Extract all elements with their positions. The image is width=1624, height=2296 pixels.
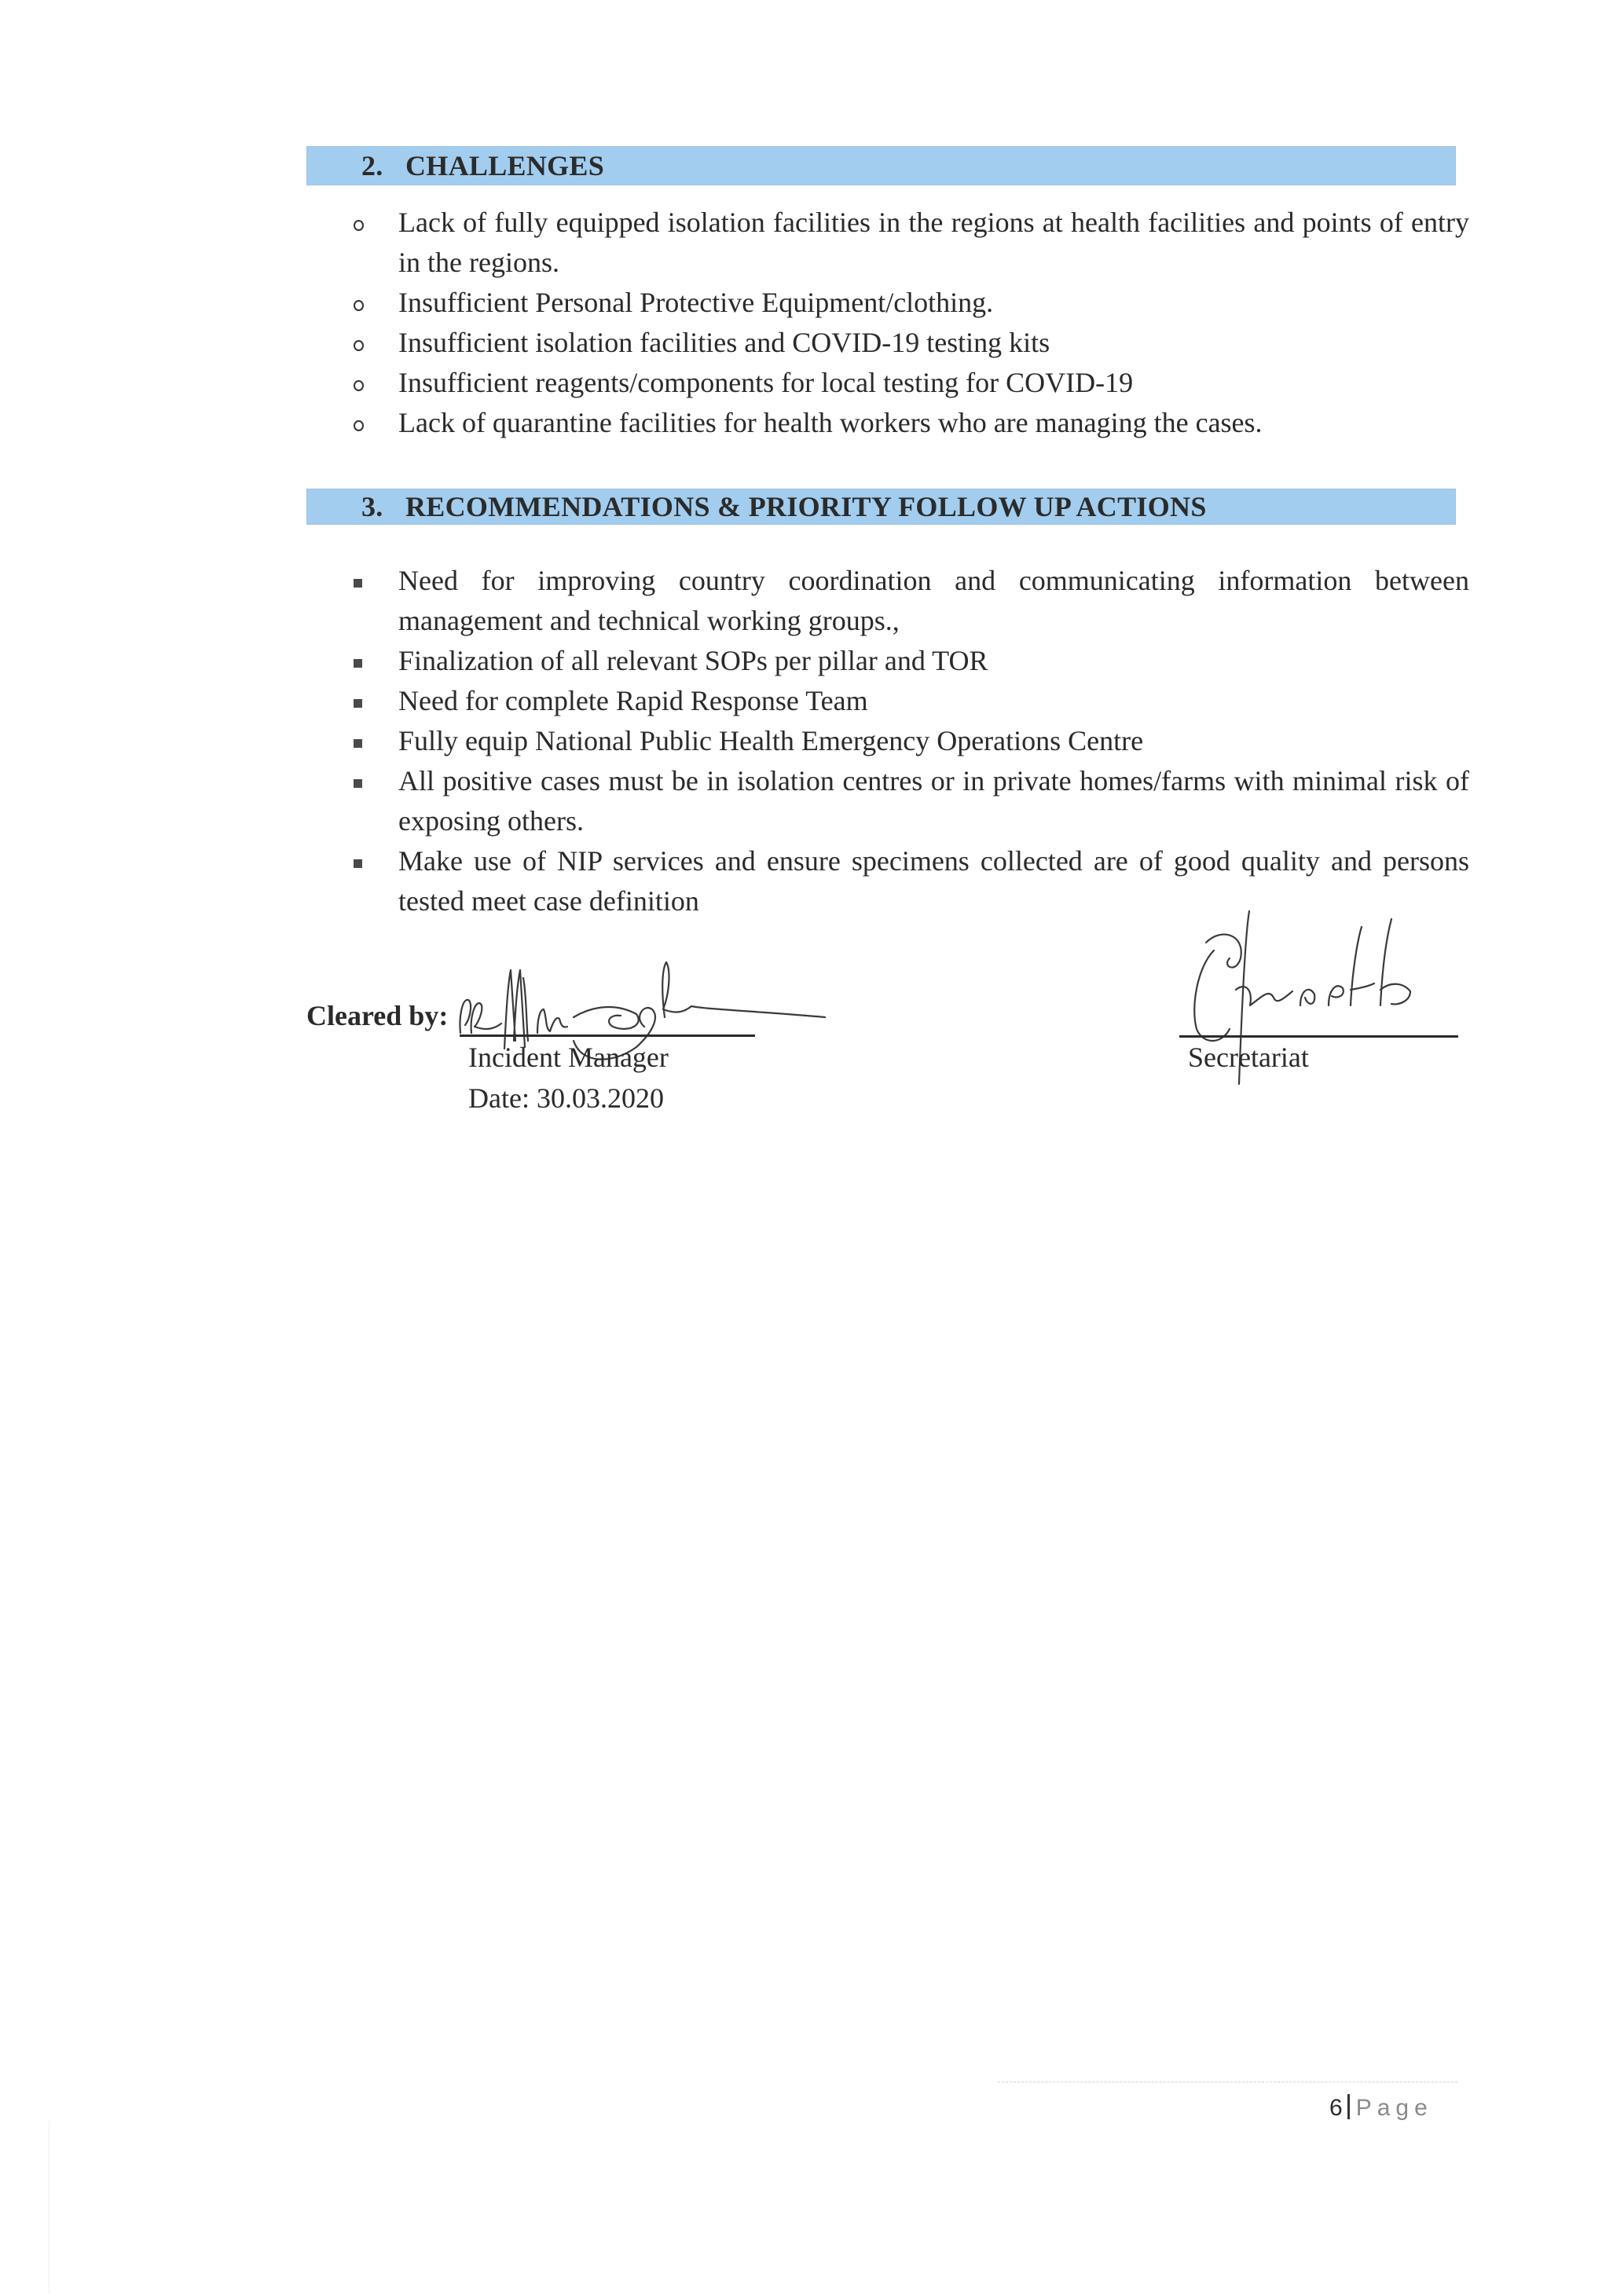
circle-bullet-icon (354, 220, 364, 231)
list-item: Lack of quarantine facilities for health… (338, 403, 1469, 443)
list-item-text: Need for complete Rapid Response Team (398, 681, 1469, 721)
signature-line-right (1179, 1035, 1458, 1038)
secretariat-label: Secretariat (1188, 1041, 1309, 1074)
footer-rule (998, 2082, 1457, 2082)
cleared-by-label: Cleared by: (306, 999, 448, 1032)
square-bullet-icon (354, 579, 362, 588)
list-item-text: Finalization of all relevant SOPs per pi… (398, 641, 1469, 681)
circle-bullet-icon (354, 380, 364, 391)
challenges-list: Lack of fully equipped isolation facilit… (338, 203, 1469, 443)
section-header-recommendations: 3.RECOMMENDATIONS & PRIORITY FOLLOW UP A… (306, 489, 1456, 525)
list-item: Lack of fully equipped isolation facilit… (338, 203, 1469, 283)
square-bullet-icon (354, 739, 362, 748)
list-item: Make use of NIP services and ensure spec… (338, 841, 1469, 921)
page-number: 6Page (1329, 2094, 1433, 2122)
page-word: Page (1356, 2095, 1433, 2121)
square-bullet-icon (354, 779, 362, 788)
list-item-text: Insufficient Personal Protective Equipme… (398, 283, 1469, 323)
section-number: 3. (361, 490, 405, 523)
section-title-text: CHALLENGES (405, 150, 604, 181)
clearance-date: Date: 30.03.2020 (468, 1082, 664, 1115)
scan-edge (49, 2121, 49, 2294)
list-item: Insufficient reagents/components for loc… (338, 363, 1469, 403)
list-item-text: Insufficient isolation facilities and CO… (398, 323, 1469, 363)
list-item-text: All positive cases must be in isolation … (398, 761, 1469, 841)
list-item: Finalization of all relevant SOPs per pi… (338, 641, 1469, 681)
page-number-separator (1347, 2094, 1350, 2119)
section-header-challenges: 2.CHALLENGES (306, 146, 1456, 185)
list-item-text: Lack of fully equipped isolation facilit… (398, 203, 1469, 283)
list-item: Need for complete Rapid Response Team (338, 681, 1469, 721)
list-item-text: Make use of NIP services and ensure spec… (398, 841, 1469, 921)
list-item: Insufficient isolation facilities and CO… (338, 323, 1469, 363)
list-item: All positive cases must be in isolation … (338, 761, 1469, 841)
list-item: Insufficient Personal Protective Equipme… (338, 283, 1469, 323)
list-item-text: Insufficient reagents/components for loc… (398, 363, 1469, 403)
section-title: 3.RECOMMENDATIONS & PRIORITY FOLLOW UP A… (361, 490, 1207, 523)
list-item-text: Fully equip National Public Health Emerg… (398, 721, 1469, 761)
recommendations-list: Need for improving country coordination … (338, 561, 1469, 921)
list-item-text: Lack of quarantine facilities for health… (398, 403, 1469, 443)
list-item: Need for improving country coordination … (338, 561, 1469, 641)
page-number-value: 6 (1329, 2095, 1343, 2121)
list-item-text: Need for improving country coordination … (398, 561, 1469, 641)
circle-bullet-icon (354, 340, 364, 351)
signature-line-left (460, 1034, 755, 1037)
list-item: Fully equip National Public Health Emerg… (338, 721, 1469, 761)
circle-bullet-icon (354, 420, 364, 431)
section-number: 2. (361, 149, 405, 182)
square-bullet-icon (354, 699, 362, 708)
section-title-text: RECOMMENDATIONS & PRIORITY FOLLOW UP ACT… (405, 491, 1207, 522)
section-title: 2.CHALLENGES (361, 149, 604, 182)
circle-bullet-icon (354, 300, 364, 311)
square-bullet-icon (354, 859, 362, 868)
square-bullet-icon (354, 659, 362, 668)
incident-manager-label: Incident Manager (468, 1041, 669, 1074)
